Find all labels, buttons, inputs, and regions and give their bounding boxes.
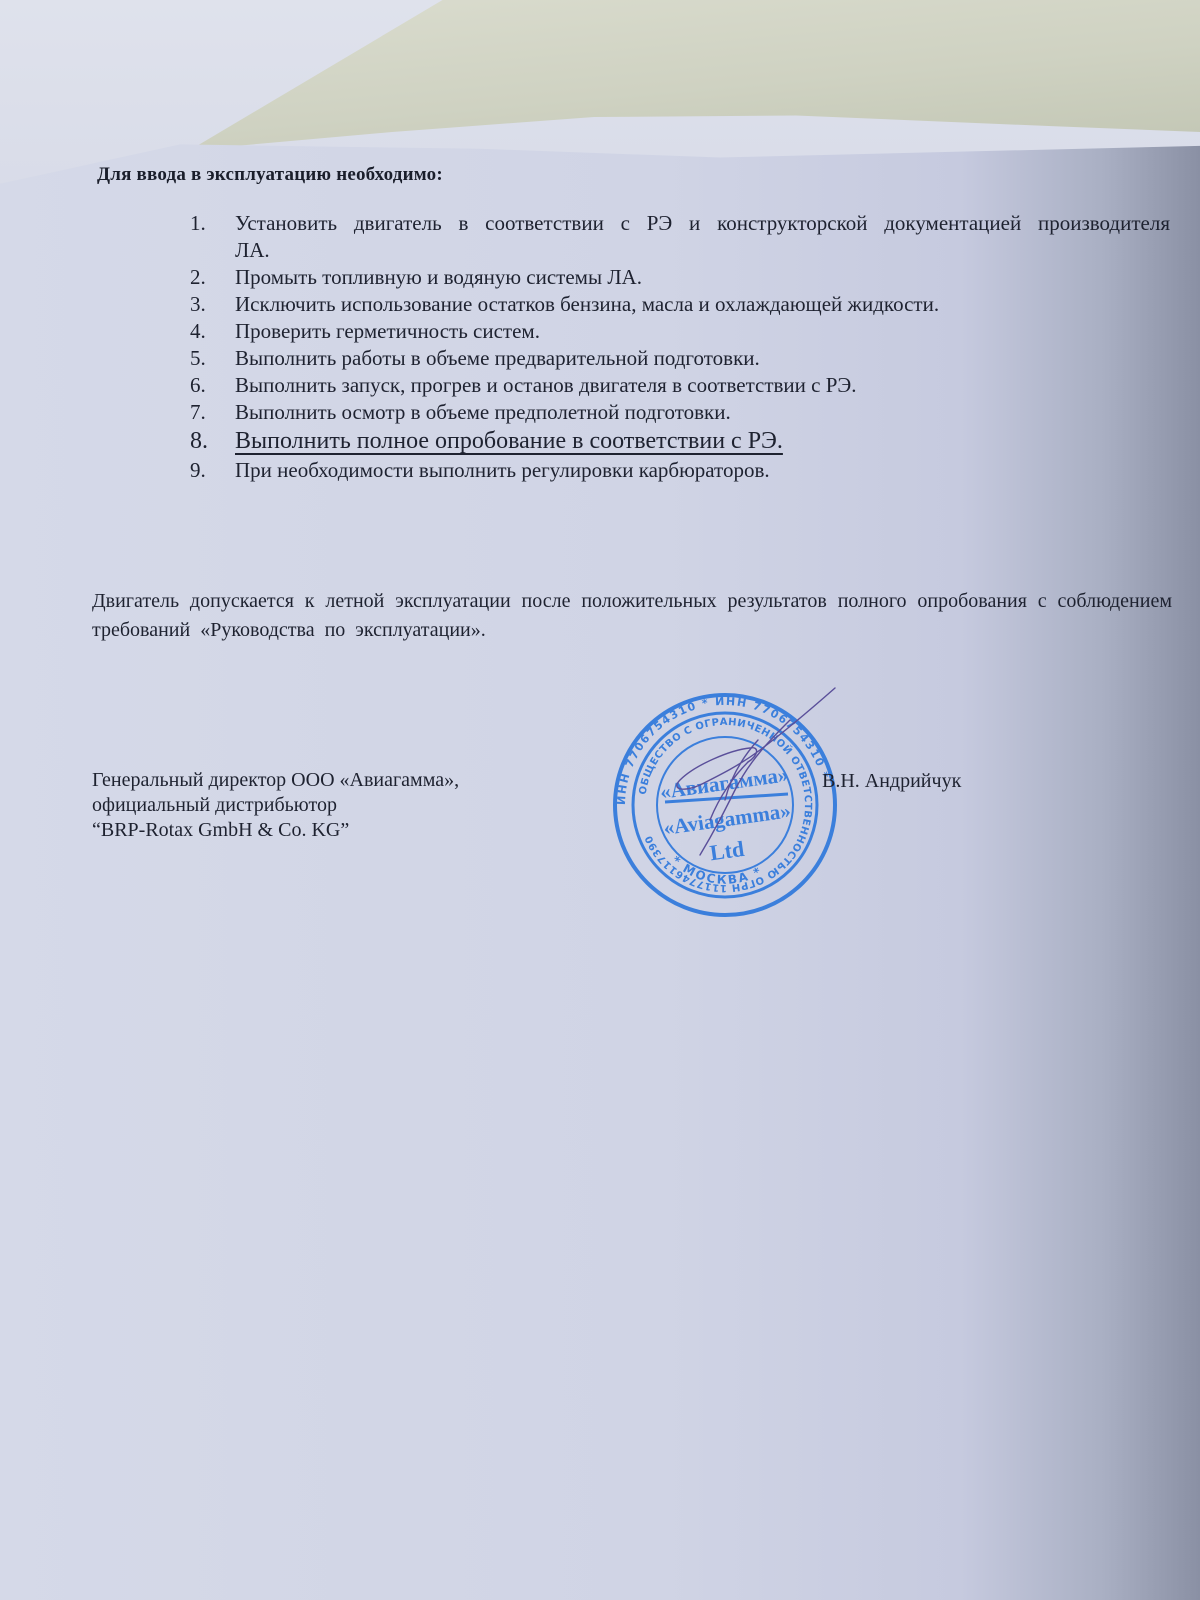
item-number: 8. <box>190 426 208 457</box>
signatory-title-line: Генеральный директор ООО «Авиагамма», <box>92 768 459 793</box>
list-item: 5. Выполнить работы в объеме предварител… <box>180 345 1170 372</box>
item-text: Установить двигатель в соответствии с РЭ… <box>235 210 1170 264</box>
steps-list: 1. Установить двигатель в соответствии с… <box>180 210 1170 484</box>
item-number: 2. <box>190 264 206 291</box>
item-text: Проверить герметичность систем. <box>235 318 1170 345</box>
signatory-title: Генеральный директор ООО «Авиагамма», оф… <box>92 768 459 843</box>
svg-text:Ltd: Ltd <box>708 836 745 866</box>
list-item: 4. Проверить герметичность систем. <box>180 318 1170 345</box>
list-item: 9. При необходимости выполнить регулиров… <box>180 457 1170 484</box>
list-item: 6. Выполнить запуск, прогрев и останов д… <box>180 372 1170 399</box>
item-number: 9. <box>190 457 206 484</box>
company-stamp: ИНН 7706754310 * ИНН 7706754310 * ОБЩЕСТ… <box>610 690 840 920</box>
item-number: 3. <box>190 291 206 318</box>
list-item-emphasized: 8. Выполнить полное опробование в соотве… <box>180 426 1170 457</box>
svg-text:«Aviagamma»: «Aviagamma» <box>662 798 792 840</box>
item-text: При необходимости выполнить регулировки … <box>235 457 1170 484</box>
list-item: 2. Промыть топливную и водяную системы Л… <box>180 264 1170 291</box>
item-number: 1. <box>190 210 206 237</box>
item-text: Выполнить работы в объеме предварительно… <box>235 345 1170 372</box>
approval-paragraph: Двигатель допускается к летной эксплуата… <box>92 587 1172 645</box>
item-text: Выполнить полное опробование в соответст… <box>235 426 1170 457</box>
list-item: 7. Выполнить осмотр в объеме предполетно… <box>180 399 1170 426</box>
item-number: 4. <box>190 318 206 345</box>
list-item: 3. Исключить использование остатков бенз… <box>180 291 1170 318</box>
list-item: 1. Установить двигатель в соответствии с… <box>180 210 1170 264</box>
item-text: Выполнить запуск, прогрев и останов двиг… <box>235 372 1170 399</box>
signatory-title-line: “BRP-Rotax GmbH & Co. KG” <box>92 818 459 843</box>
item-number: 5. <box>190 345 206 372</box>
section-heading: Для ввода в эксплуатацию необходимо: <box>97 164 443 186</box>
item-number: 6. <box>190 372 206 399</box>
item-text: Выполнить осмотр в объеме предполетной п… <box>235 399 1170 426</box>
item-text: Промыть топливную и водяную системы ЛА. <box>235 264 1170 291</box>
signer-name: В.Н. Андрийчук <box>822 770 961 793</box>
item-text: Исключить использование остатков бензина… <box>235 291 1170 318</box>
signatory-title-line: официальный дистрибьютор <box>92 793 459 818</box>
item-number: 7. <box>190 399 206 426</box>
document-content: Для ввода в эксплуатацию необходимо: 1. … <box>0 0 1200 1600</box>
stamp-seal-icon: ИНН 7706754310 * ИНН 7706754310 * ОБЩЕСТ… <box>610 690 840 920</box>
